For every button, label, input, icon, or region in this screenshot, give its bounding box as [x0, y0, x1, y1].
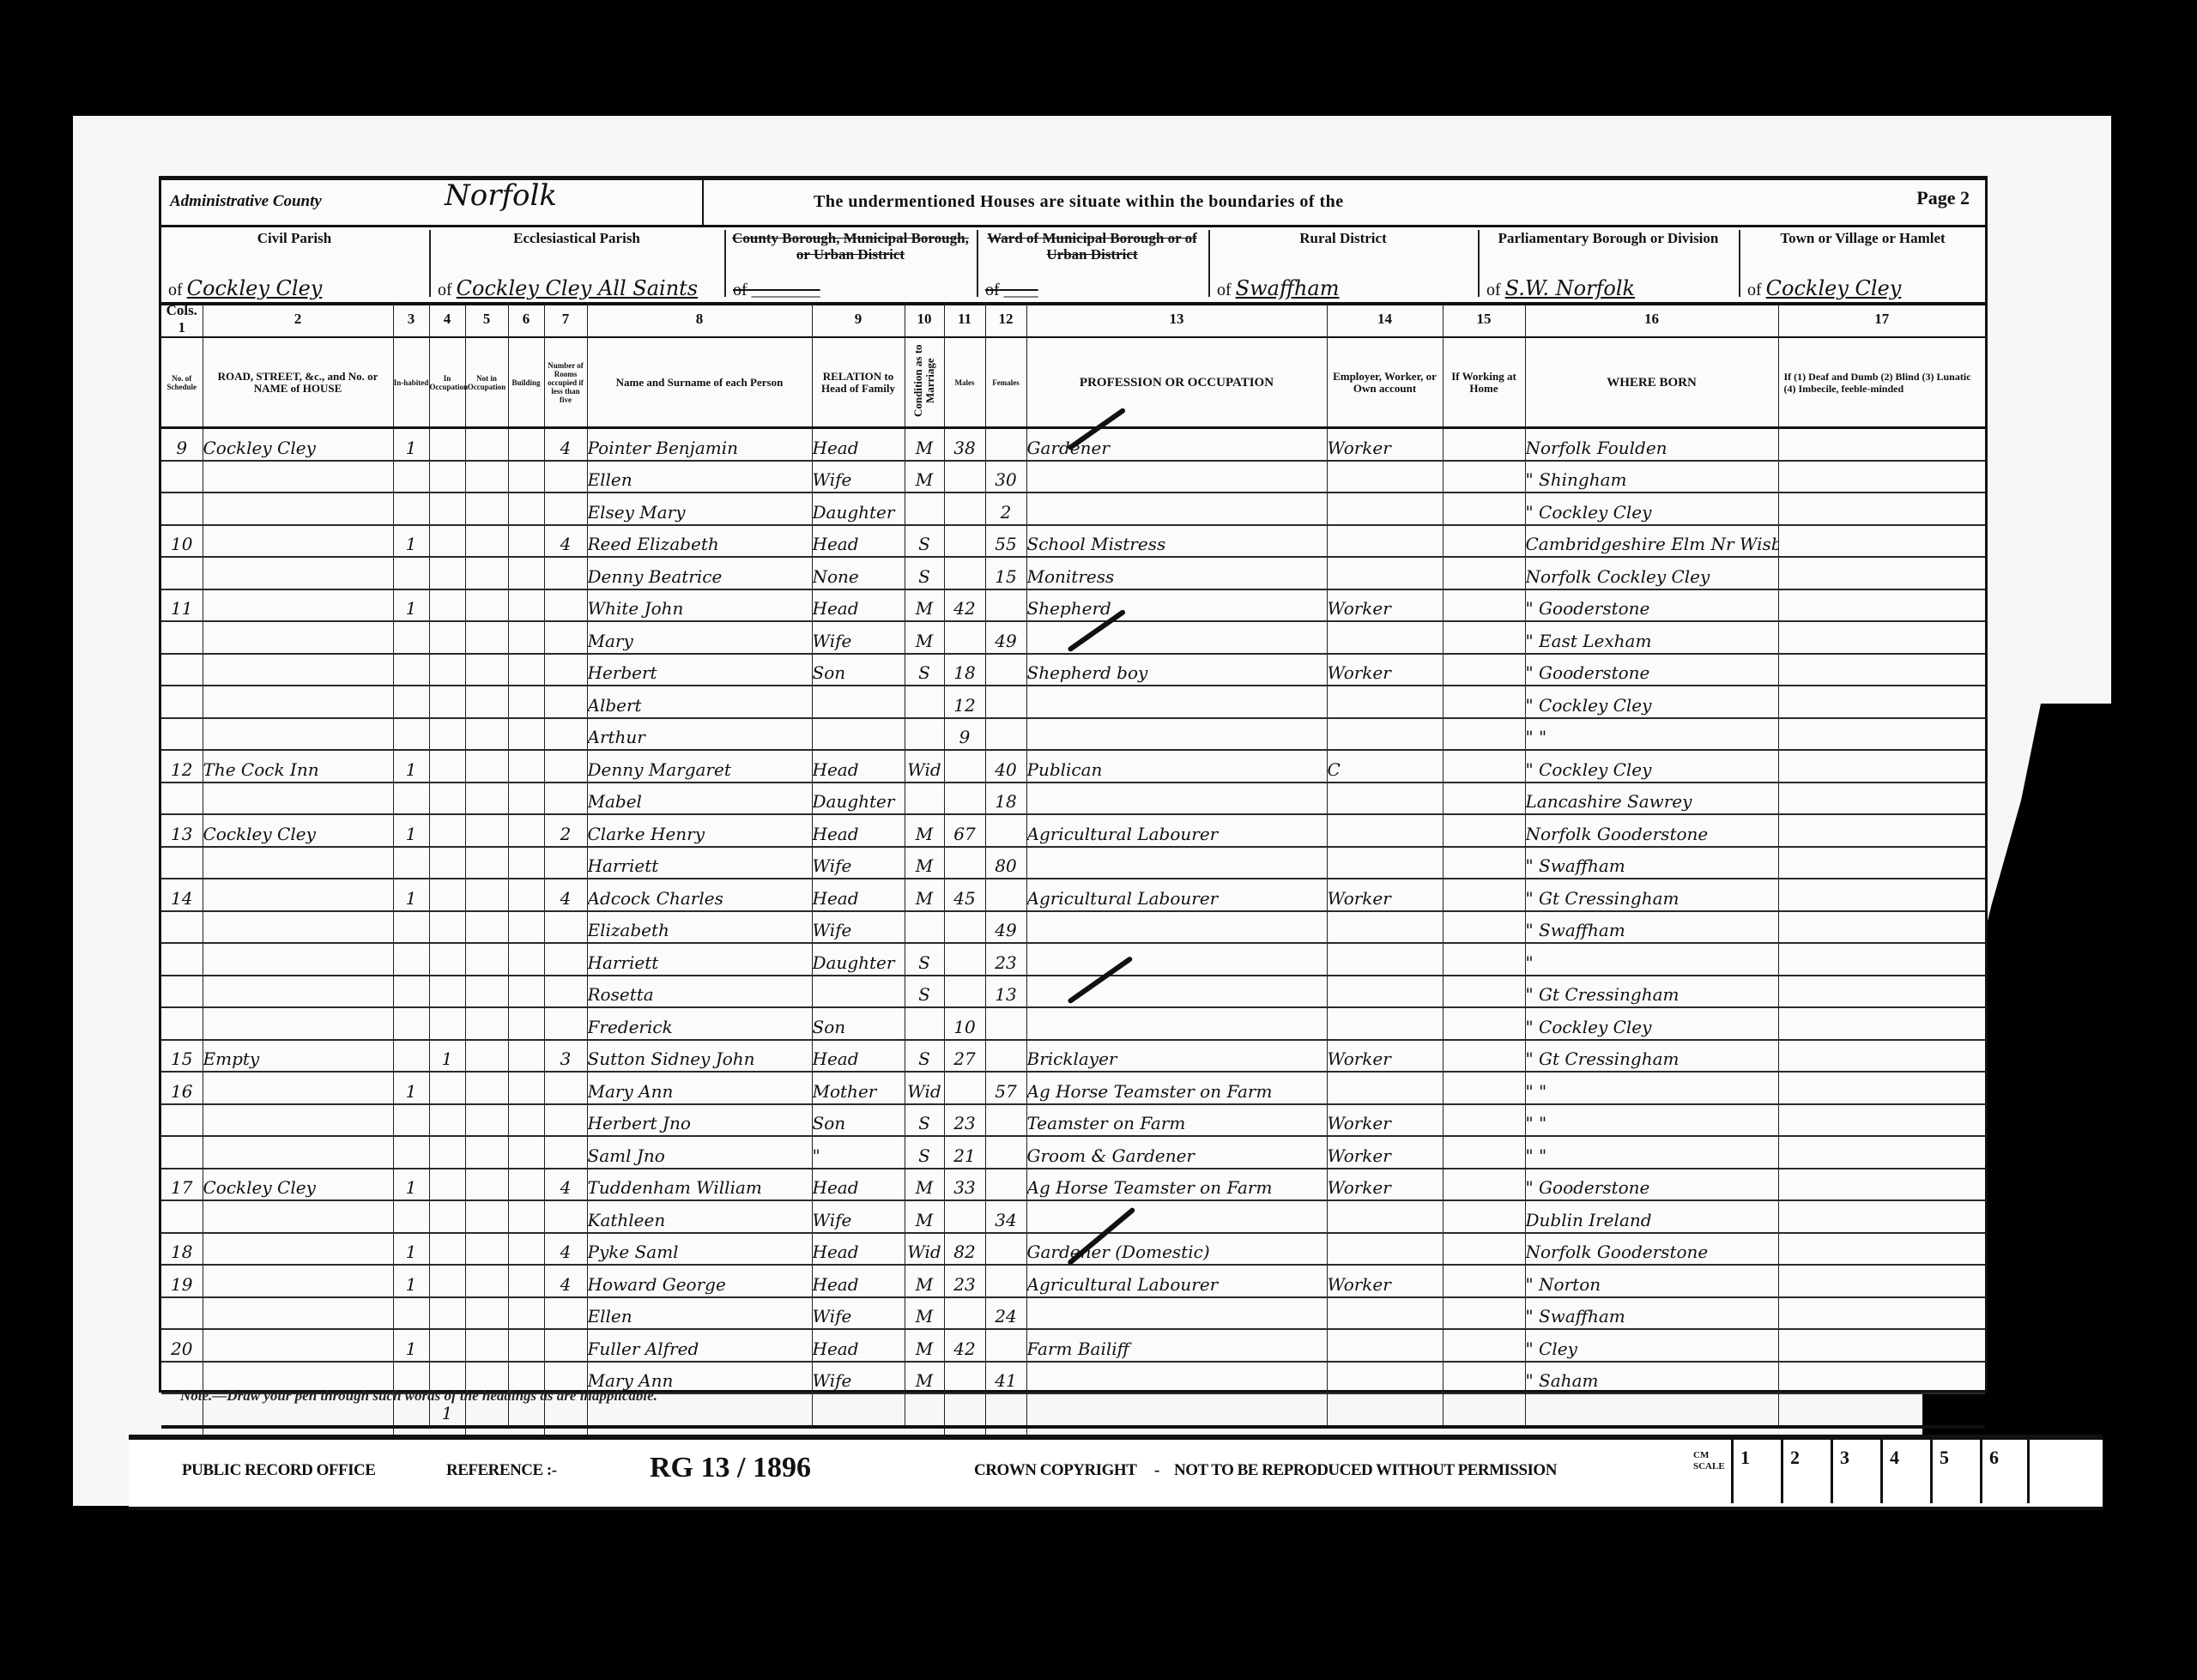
- cell-inhabited: [393, 1136, 429, 1169]
- cell-inhabited: 1: [393, 814, 429, 847]
- census-table: Cols. 1234567891011121314151617 No. of S…: [161, 302, 1985, 1510]
- cell--x: [465, 1233, 508, 1266]
- cell-inhabited: [393, 943, 429, 976]
- cell-relation: [812, 686, 905, 718]
- cell-age-f: 49: [985, 911, 1026, 944]
- cell-infirmity: [1778, 428, 1985, 461]
- cell-employer: [1327, 1297, 1443, 1330]
- cell-inhabited: 1: [393, 525, 429, 558]
- cell-name: Elsey Mary: [587, 493, 812, 525]
- cell-infirmity: [1778, 1104, 1985, 1137]
- table-row: HerbertSonS18Shepherd boyWorker" Gooders…: [161, 654, 1985, 686]
- cell-relation: Mother: [812, 1072, 905, 1104]
- cell-uninhabited-in: [429, 1329, 465, 1362]
- cell-condition: M: [905, 814, 944, 847]
- cell-born: Norfolk Gooderstone: [1525, 1233, 1778, 1266]
- cell--b: [508, 1233, 544, 1266]
- cell-rooms: [544, 943, 587, 976]
- cell-age-f: 57: [985, 1072, 1026, 1104]
- cell-schedule: [161, 943, 203, 976]
- cell--b: [508, 1297, 544, 1330]
- cell--h: [1443, 686, 1525, 718]
- cell-occupation: Agricultural Labourer: [1026, 814, 1327, 847]
- cell-born: " Gt Cressingham: [1525, 1040, 1778, 1073]
- cell--b: [508, 1007, 544, 1040]
- cell-condition: Wid: [905, 750, 944, 783]
- admin-county-label: Administrative County: [170, 192, 322, 211]
- cell-occupation: [1026, 1362, 1327, 1394]
- header-age-males: Males: [944, 337, 985, 428]
- cell-rooms: [544, 1007, 587, 1040]
- cell-inhabited: [393, 847, 429, 879]
- cell-relation: Head: [812, 1329, 905, 1362]
- cell--h: [1443, 654, 1525, 686]
- cell-uninhabited-in: [429, 847, 465, 879]
- cell--b: [508, 557, 544, 589]
- cell-age-f: [985, 1104, 1026, 1137]
- cell--b: [508, 783, 544, 815]
- table-row: EllenWifeM30" Shingham: [161, 461, 1985, 493]
- cell-name: Fuller Alfred: [587, 1329, 812, 1362]
- cell-schedule: [161, 847, 203, 879]
- cell-road: [203, 943, 393, 976]
- cell-name: Herbert: [587, 654, 812, 686]
- cell-employer: Worker: [1327, 1040, 1443, 1073]
- cell-uninhabited-in: [429, 654, 465, 686]
- cell-infirmity: [1778, 1329, 1985, 1362]
- cell-condition: M: [905, 847, 944, 879]
- cell-born: " Cockley Cley: [1525, 1007, 1778, 1040]
- footer-copyright: CROWN COPYRIGHT: [974, 1461, 1136, 1480]
- cell-inhabited: [393, 1104, 429, 1137]
- cell--x: [465, 461, 508, 493]
- cell-relation: Wife: [812, 1200, 905, 1233]
- cell-condition: S: [905, 654, 944, 686]
- cell-uninhabited-in: [429, 589, 465, 622]
- cell-age-f: 18: [985, 783, 1026, 815]
- cell-occupation: [1026, 847, 1327, 879]
- archive-footer: PUBLIC RECORD OFFICE REFERENCE :- RG 13 …: [129, 1435, 2103, 1510]
- cell-schedule: 10: [161, 525, 203, 558]
- cell-condition: Wid: [905, 1233, 944, 1266]
- footer-reference-label: REFERENCE :-: [446, 1461, 557, 1480]
- header-name: Name and Surname of each Person: [587, 337, 812, 428]
- cell-rooms: [544, 1072, 587, 1104]
- cell-inhabited: [393, 1007, 429, 1040]
- cell--h: [1443, 1104, 1525, 1137]
- cell--b: [508, 654, 544, 686]
- cell-infirmity: [1778, 461, 1985, 493]
- cell--h: [1443, 1329, 1525, 1362]
- cell-rooms: 4: [544, 1265, 587, 1297]
- cell-rooms: [544, 1200, 587, 1233]
- cell-relation: Head: [812, 1169, 905, 1201]
- cell-age-f: 80: [985, 847, 1026, 879]
- table-row: 1914Howard GeorgeHeadM23Agricultural Lab…: [161, 1265, 1985, 1297]
- cell-occupation: School Mistress: [1026, 525, 1327, 558]
- cell--b: [508, 428, 544, 461]
- cell-road: Cockley Cley: [203, 1169, 393, 1201]
- cell--x: [465, 1265, 508, 1297]
- cell--b: [508, 461, 544, 493]
- cell-name: Herbert Jno: [587, 1104, 812, 1137]
- area-ward: Ward of Municipal Borough or of Urban Di…: [978, 225, 1206, 302]
- cell-occupation: [1026, 1200, 1327, 1233]
- cell--b: [508, 1072, 544, 1104]
- cell-uninhabited-in: [429, 814, 465, 847]
- census-form: Administrative County Norfolk The underm…: [159, 176, 1988, 1393]
- table-row: Saml Jno"S21Groom & GardenerWorker" ": [161, 1136, 1985, 1169]
- cell--h: [1443, 525, 1525, 558]
- cell-rooms: [544, 976, 587, 1008]
- cell-condition: M: [905, 461, 944, 493]
- form-note: Note.—Draw your pen through such words o…: [180, 1387, 657, 1405]
- cell--x: [465, 654, 508, 686]
- cell--b: [508, 847, 544, 879]
- cell-inhabited: 1: [393, 750, 429, 783]
- cell-relation: Head: [812, 525, 905, 558]
- cell-relation: Son: [812, 1007, 905, 1040]
- cell-age-m: [944, 1200, 985, 1233]
- cell-road: [203, 1200, 393, 1233]
- cell-infirmity: [1778, 943, 1985, 976]
- cell-employer: [1327, 461, 1443, 493]
- cell-condition: S: [905, 525, 944, 558]
- cell-schedule: [161, 493, 203, 525]
- cell--x: [465, 621, 508, 654]
- cell-age-f: 34: [985, 1200, 1026, 1233]
- cell-schedule: 13: [161, 814, 203, 847]
- cell-occupation: Bricklayer: [1026, 1040, 1327, 1073]
- cell-born: " Cockley Cley: [1525, 750, 1778, 783]
- cell-name: Rosetta: [587, 976, 812, 1008]
- cell-inhabited: [393, 686, 429, 718]
- cell--x: [465, 814, 508, 847]
- cell-condition: M: [905, 879, 944, 911]
- cell-name: Saml Jno: [587, 1136, 812, 1169]
- cell-uninhabited-in: [429, 1007, 465, 1040]
- cell-schedule: [161, 686, 203, 718]
- cell-age-f: 40: [985, 750, 1026, 783]
- cell-age-m: [944, 1072, 985, 1104]
- cell-born: " ": [1525, 1072, 1778, 1104]
- cell-age-m: [944, 847, 985, 879]
- cell-road: [203, 654, 393, 686]
- cell-inhabited: 1: [393, 1169, 429, 1201]
- cell-born: Norfolk Cockley Cley: [1525, 557, 1778, 589]
- cell-road: [203, 1136, 393, 1169]
- cell-age-m: [944, 750, 985, 783]
- cell-schedule: [161, 976, 203, 1008]
- cell-relation: Head: [812, 1233, 905, 1266]
- cell-uninhabited-in: [429, 911, 465, 944]
- cell-uninhabited-in: [429, 621, 465, 654]
- cell-condition: [905, 686, 944, 718]
- cell--b: [508, 1136, 544, 1169]
- cell-uninhabited-in: [429, 943, 465, 976]
- cell-infirmity: [1778, 654, 1985, 686]
- cell-occupation: [1026, 493, 1327, 525]
- cell-schedule: 12: [161, 750, 203, 783]
- cell--x: [465, 1297, 508, 1330]
- cell-schedule: [161, 783, 203, 815]
- cell-age-f: [985, 428, 1026, 461]
- cell-age-f: [985, 718, 1026, 751]
- cell-schedule: [161, 911, 203, 944]
- cell--b: [508, 1200, 544, 1233]
- cell-schedule: [161, 1136, 203, 1169]
- cell--h: [1443, 1297, 1525, 1330]
- cell-condition: M: [905, 1169, 944, 1201]
- cell-condition: S: [905, 1040, 944, 1073]
- cell-road: [203, 461, 393, 493]
- cell-born: " Gt Cressingham: [1525, 879, 1778, 911]
- cell-road: The Cock Inn: [203, 750, 393, 783]
- cell-schedule: 15: [161, 1040, 203, 1073]
- cell-age-m: 21: [944, 1136, 985, 1169]
- cell-uninhabited-in: [429, 718, 465, 751]
- cell-inhabited: [393, 911, 429, 944]
- cell--b: [508, 814, 544, 847]
- cell-rooms: 4: [544, 879, 587, 911]
- cell-schedule: [161, 461, 203, 493]
- cell-name: Harriett: [587, 847, 812, 879]
- cell-inhabited: [393, 557, 429, 589]
- cell-employer: [1327, 525, 1443, 558]
- cell-uninhabited-in: [429, 1072, 465, 1104]
- cell-rooms: [544, 654, 587, 686]
- cell-employer: [1327, 943, 1443, 976]
- cell-age-f: 55: [985, 525, 1026, 558]
- table-row: FrederickSon10" Cockley Cley: [161, 1007, 1985, 1040]
- cell-name: Ellen: [587, 1297, 812, 1330]
- cell-employer: [1327, 976, 1443, 1008]
- cell-occupation: Teamster on Farm: [1026, 1104, 1327, 1137]
- cell--h: [1443, 847, 1525, 879]
- cell-condition: S: [905, 943, 944, 976]
- cell-infirmity: [1778, 589, 1985, 622]
- cell-age-f: [985, 1136, 1026, 1169]
- cell-name: Clarke Henry: [587, 814, 812, 847]
- cell-name: Harriett: [587, 943, 812, 976]
- cell-condition: S: [905, 976, 944, 1008]
- cell-employer: [1327, 686, 1443, 718]
- cell-infirmity: [1778, 1200, 1985, 1233]
- cell-age-f: [985, 814, 1026, 847]
- cell-inhabited: [393, 976, 429, 1008]
- cell--h: [1443, 1040, 1525, 1073]
- census-rows: 9Cockley Cley14Pointer BenjaminHeadM38Ga…: [161, 428, 1985, 1427]
- intro-text: The undermentioned Houses are situate wi…: [814, 192, 1344, 212]
- cell-age-f: [985, 1329, 1026, 1362]
- cell-occupation: Farm Bailiff: [1026, 1329, 1327, 1362]
- cell-condition: [905, 783, 944, 815]
- cell-schedule: [161, 654, 203, 686]
- cell-inhabited: 1: [393, 1072, 429, 1104]
- cell-employer: Worker: [1327, 1104, 1443, 1137]
- cell--h: [1443, 1393, 1525, 1427]
- table-row: 1414Adcock CharlesHeadM45Agricultural La…: [161, 879, 1985, 911]
- cell-name: Howard George: [587, 1265, 812, 1297]
- cell-uninhabited-in: [429, 428, 465, 461]
- cell-inhabited: [393, 654, 429, 686]
- cell--h: [1443, 1265, 1525, 1297]
- cell-uninhabited-in: [429, 1233, 465, 1266]
- cell-name: White John: [587, 589, 812, 622]
- cell--x: [465, 1136, 508, 1169]
- table-row: 12The Cock Inn1Denny MargaretHeadWid40Pu…: [161, 750, 1985, 783]
- table-row: Herbert JnoSonS23Teamster on FarmWorker"…: [161, 1104, 1985, 1137]
- cell-schedule: 16: [161, 1072, 203, 1104]
- cell-age-f: [985, 1007, 1026, 1040]
- cell-infirmity: [1778, 911, 1985, 944]
- cell--x: [465, 1200, 508, 1233]
- cell-uninhabited-in: [429, 976, 465, 1008]
- cell-relation: Head: [812, 1040, 905, 1073]
- header-condition: Condition as to Marriage: [905, 337, 944, 428]
- cell-infirmity: [1778, 1007, 1985, 1040]
- cell-age-m: 27: [944, 1040, 985, 1073]
- cell-age-m: 9: [944, 718, 985, 751]
- cell-inhabited: [393, 461, 429, 493]
- cell-uninhabited-in: [429, 1265, 465, 1297]
- cell-inhabited: [393, 1297, 429, 1330]
- cell-road: [203, 976, 393, 1008]
- cell-relation: Wife: [812, 461, 905, 493]
- cell-age-m: [944, 621, 985, 654]
- cell-name: Mabel: [587, 783, 812, 815]
- cell-road: [203, 1265, 393, 1297]
- cell--x: [465, 750, 508, 783]
- cell-born: " Gt Cressingham: [1525, 976, 1778, 1008]
- cell-relation: ": [812, 1136, 905, 1169]
- cell-relation: None: [812, 557, 905, 589]
- cell-relation: [812, 718, 905, 751]
- cell-rooms: [544, 750, 587, 783]
- cell-road: Empty: [203, 1040, 393, 1073]
- cell-rooms: [544, 686, 587, 718]
- cell--h: [1443, 814, 1525, 847]
- cell-employer: [1327, 557, 1443, 589]
- cell-condition: M: [905, 1362, 944, 1394]
- cell-rooms: [544, 783, 587, 815]
- cell-age-m: [944, 493, 985, 525]
- cell--h: [1443, 589, 1525, 622]
- cell-inhabited: 1: [393, 1233, 429, 1266]
- cell-occupation: Shepherd boy: [1026, 654, 1327, 686]
- cell--x: [465, 686, 508, 718]
- cell--b: [508, 943, 544, 976]
- cell-schedule: 9: [161, 428, 203, 461]
- cell-schedule: [161, 1007, 203, 1040]
- table-row: KathleenWifeM34Dublin Ireland: [161, 1200, 1985, 1233]
- cell-infirmity: [1778, 750, 1985, 783]
- cell-name: Kathleen: [587, 1200, 812, 1233]
- cell--h: [1443, 718, 1525, 751]
- cell-infirmity: [1778, 879, 1985, 911]
- cell-employer: [1327, 1362, 1443, 1394]
- cell-schedule: 20: [161, 1329, 203, 1362]
- cell-condition: M: [905, 589, 944, 622]
- cell-age-m: [944, 557, 985, 589]
- cell-relation: Daughter: [812, 943, 905, 976]
- cell--h: [1443, 1007, 1525, 1040]
- cell-infirmity: [1778, 525, 1985, 558]
- cell-road: Cockley Cley: [203, 428, 393, 461]
- cell-age-m: [944, 911, 985, 944]
- cell-infirmity: [1778, 1136, 1985, 1169]
- cell-occupation: [1026, 1297, 1327, 1330]
- cell--b: [508, 1040, 544, 1073]
- cell-road: [203, 621, 393, 654]
- cell-age-f: [985, 1393, 1026, 1427]
- cell--h: [1443, 493, 1525, 525]
- cell-born: " Swaffham: [1525, 911, 1778, 944]
- cell-rooms: 2: [544, 814, 587, 847]
- cell-condition: M: [905, 428, 944, 461]
- cell-relation: Son: [812, 1104, 905, 1137]
- header-in-occupation: In Occupation: [429, 337, 465, 428]
- cell-uninhabited-in: [429, 557, 465, 589]
- header-age-females: Females: [985, 337, 1026, 428]
- cell-name: Adcock Charles: [587, 879, 812, 911]
- cell-age-m: 67: [944, 814, 985, 847]
- cell-rooms: [544, 1104, 587, 1137]
- cell--b: [508, 1329, 544, 1362]
- cell-age-m: 23: [944, 1104, 985, 1137]
- cell-age-m: 23: [944, 1265, 985, 1297]
- cell--x: [465, 428, 508, 461]
- cell-rooms: [544, 589, 587, 622]
- cell--b: [508, 589, 544, 622]
- cell-occupation: Ag Horse Teamster on Farm: [1026, 1169, 1327, 1201]
- table-row: 17Cockley Cley14Tuddenham WilliamHeadM33…: [161, 1169, 1985, 1201]
- cell-uninhabited-in: [429, 493, 465, 525]
- cell-condition: M: [905, 1329, 944, 1362]
- cell-relation: Son: [812, 654, 905, 686]
- table-row: HarriettWifeM80" Swaffham: [161, 847, 1985, 879]
- cell-born: Norfolk Foulden: [1525, 428, 1778, 461]
- cell-employer: Worker: [1327, 1265, 1443, 1297]
- cell-age-m: [944, 943, 985, 976]
- cell-age-f: 23: [985, 943, 1026, 976]
- cell-rooms: 4: [544, 428, 587, 461]
- cell--b: [508, 493, 544, 525]
- cell-name: Reed Elizabeth: [587, 525, 812, 558]
- cell-occupation: Agricultural Labourer: [1026, 879, 1327, 911]
- cell-condition: [905, 718, 944, 751]
- cell-road: [203, 525, 393, 558]
- cell-employer: [1327, 911, 1443, 944]
- cell--h: [1443, 783, 1525, 815]
- cell-condition: M: [905, 621, 944, 654]
- cell--x: [465, 557, 508, 589]
- cell-name: Pointer Benjamin: [587, 428, 812, 461]
- cell--h: [1443, 1072, 1525, 1104]
- cell-age-f: 24: [985, 1297, 1026, 1330]
- header-relation: RELATION to Head of Family: [812, 337, 905, 428]
- cell-inhabited: 1: [393, 589, 429, 622]
- cell-born: ": [1525, 943, 1778, 976]
- cell-uninhabited-in: 1: [429, 1040, 465, 1073]
- cell-age-f: [985, 686, 1026, 718]
- cell-age-f: [985, 1040, 1026, 1073]
- cell-employer: Worker: [1327, 879, 1443, 911]
- cell-rooms: 4: [544, 1233, 587, 1266]
- cell-occupation: Groom & Gardener: [1026, 1136, 1327, 1169]
- cell-infirmity: [1778, 1072, 1985, 1104]
- cell-age-f: 13: [985, 976, 1026, 1008]
